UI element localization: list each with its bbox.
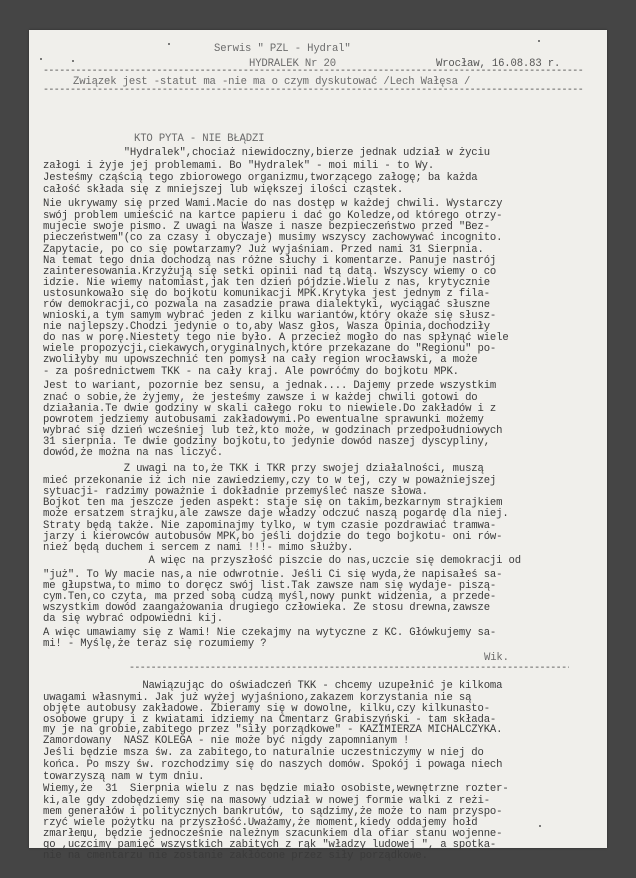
- paper-speck: [40, 58, 42, 60]
- text-line: nie na cmentarzu nie zostanie zakłócone …: [43, 850, 428, 862]
- paper-speck: [539, 825, 541, 827]
- text-line: może ersatzem strajku,ale zawsze daje wł…: [43, 508, 509, 520]
- text-line: mi! - Myślę,że teraz się rozumiemy ?: [43, 638, 266, 650]
- text-line: Wiemy,że 31 Sierpnia wielu z nas będzie …: [43, 783, 509, 795]
- article-title: KTO PYTA - NIE BŁĄDZI: [134, 133, 264, 145]
- separator-articles: ----------------------------------------…: [129, 665, 569, 673]
- paper-speck: [84, 835, 86, 837]
- text-line: A więc na przyszłość piszcie do nas,uczc…: [43, 555, 521, 567]
- text-line: Jest to wariant, pozornie bez sensu, a j…: [43, 380, 496, 392]
- text-line: końca. Po mszy św. rozchodzimy się do na…: [43, 759, 502, 771]
- text-line: Jeśli będzie msza św. za zabitego,to nat…: [43, 747, 484, 759]
- separator-motto: ----------------------------------------…: [43, 87, 583, 95]
- text-line: "Hydralek",chociaż niewidoczny,bierze je…: [43, 147, 490, 159]
- text-line: da się wybrać odpowiedni kij.: [43, 613, 223, 625]
- paper-speck: [538, 40, 540, 42]
- text-line: zwoliłyby mu upowszechnić ten pomysł na …: [43, 354, 478, 366]
- text-line: pieczeństwem"(co za czasy i obyczaje) mu…: [43, 232, 502, 244]
- paper-speck: [168, 43, 170, 45]
- text-line: - za pośrednictwem TKK - na cały kraj. A…: [43, 366, 459, 378]
- text-line: załogi i żyje jej problemami. Bo "Hydral…: [43, 160, 434, 172]
- organization-name: Serwis " PZL - Hydral": [214, 43, 351, 55]
- text-line: Nawiązując do oświadczeń TKK - chcemy uz…: [43, 680, 502, 692]
- text-line: dowód,że można na nas liczyć.: [43, 447, 223, 459]
- text-line: Z uwagi na to,że TKK i TKR przy swojej d…: [43, 463, 484, 475]
- text-line: Zamordowany NASZ KOLEGA - nie może być n…: [43, 735, 409, 747]
- text-line: nież będą duchem i sercem z nami !!!- mi…: [43, 542, 353, 554]
- paper-speck: [72, 60, 74, 62]
- text-line: Jesteśmy cząścią tego zbiorowego organiz…: [43, 172, 478, 184]
- typewritten-page: Serwis " PZL - Hydral" HYDRALEK Nr 20 Wr…: [29, 30, 607, 848]
- separator-top: ----------------------------------------…: [43, 68, 583, 76]
- text-line: towarzyszą nam w tym dniu.: [43, 771, 204, 783]
- signature: Wik.: [484, 652, 509, 664]
- text-line: Nie ukrywamy się przed Wami.Macie do nas…: [43, 198, 502, 210]
- text-line: całość składa się z mniejszej lub większ…: [43, 184, 403, 196]
